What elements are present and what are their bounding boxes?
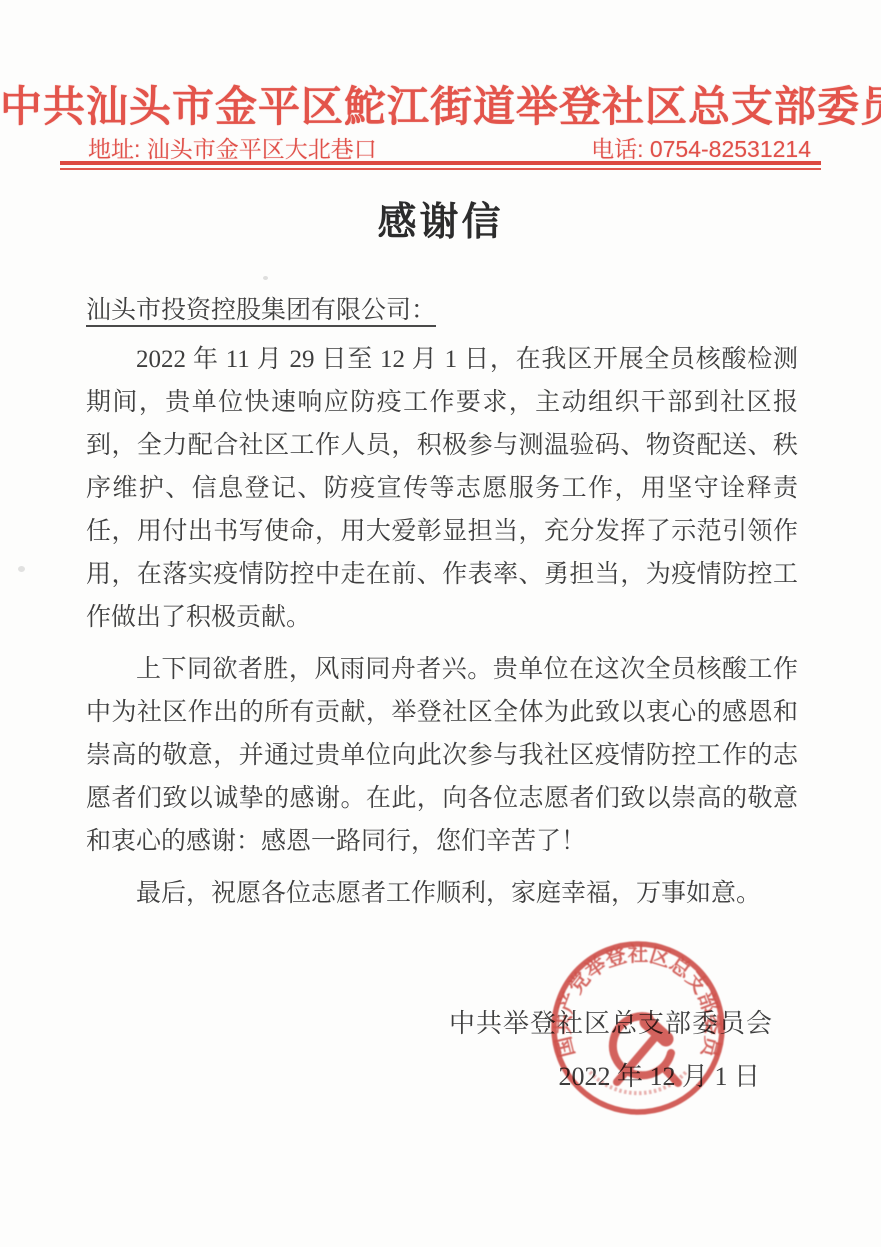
paragraph-3: 最后，祝愿各位志愿者工作顺利，家庭幸福，万事如意。 [86, 872, 798, 915]
letterhead-org-title: 中共汕头市金平区鮀江街道举登社区总支部委员会 [0, 74, 881, 134]
recipient-name: 汕头市投资控股集团有限公司： [86, 297, 436, 327]
signature-date: 2022 年 12 月 1 日 [558, 1056, 760, 1093]
letterhead-contact-row: 地址: 汕头市金平区大北巷口 电话: 0754-82531214 [88, 131, 811, 164]
letterhead-phone: 电话: 0754-82531214 [591, 131, 811, 164]
salutation-line: 汕头市投资控股集团有限公司： [86, 289, 798, 332]
paragraph-2: 上下同欲者胜，风雨同舟者兴。贵单位在这次全员核酸工作中为社区作出的所有贡献，举登… [86, 648, 798, 863]
letter-title: 感谢信 [0, 191, 881, 247]
letterhead-address: 地址: 汕头市金平区大北巷口 [88, 131, 377, 164]
stamp-arc-text: 中国共产党举登社区总支部委员会 [551, 942, 725, 1061]
scan-speck [263, 276, 268, 280]
scan-speck [18, 566, 25, 572]
signature-org: 中共举登社区总支部委员会 [449, 1003, 773, 1040]
letterhead-rule-thick [60, 161, 821, 165]
scanned-letter-page: 中共汕头市金平区鮀江街道举登社区总支部委员会 地址: 汕头市金平区大北巷口 电话… [0, 0, 881, 1247]
letterhead-rule-thin [60, 168, 821, 170]
letter-body: 汕头市投资控股集团有限公司： 2022 年 11 月 29 日至 12 月 1 … [86, 289, 798, 915]
paragraph-1: 2022 年 11 月 29 日至 12 月 1 日，在我区开展全员核酸检测期间… [86, 338, 798, 639]
